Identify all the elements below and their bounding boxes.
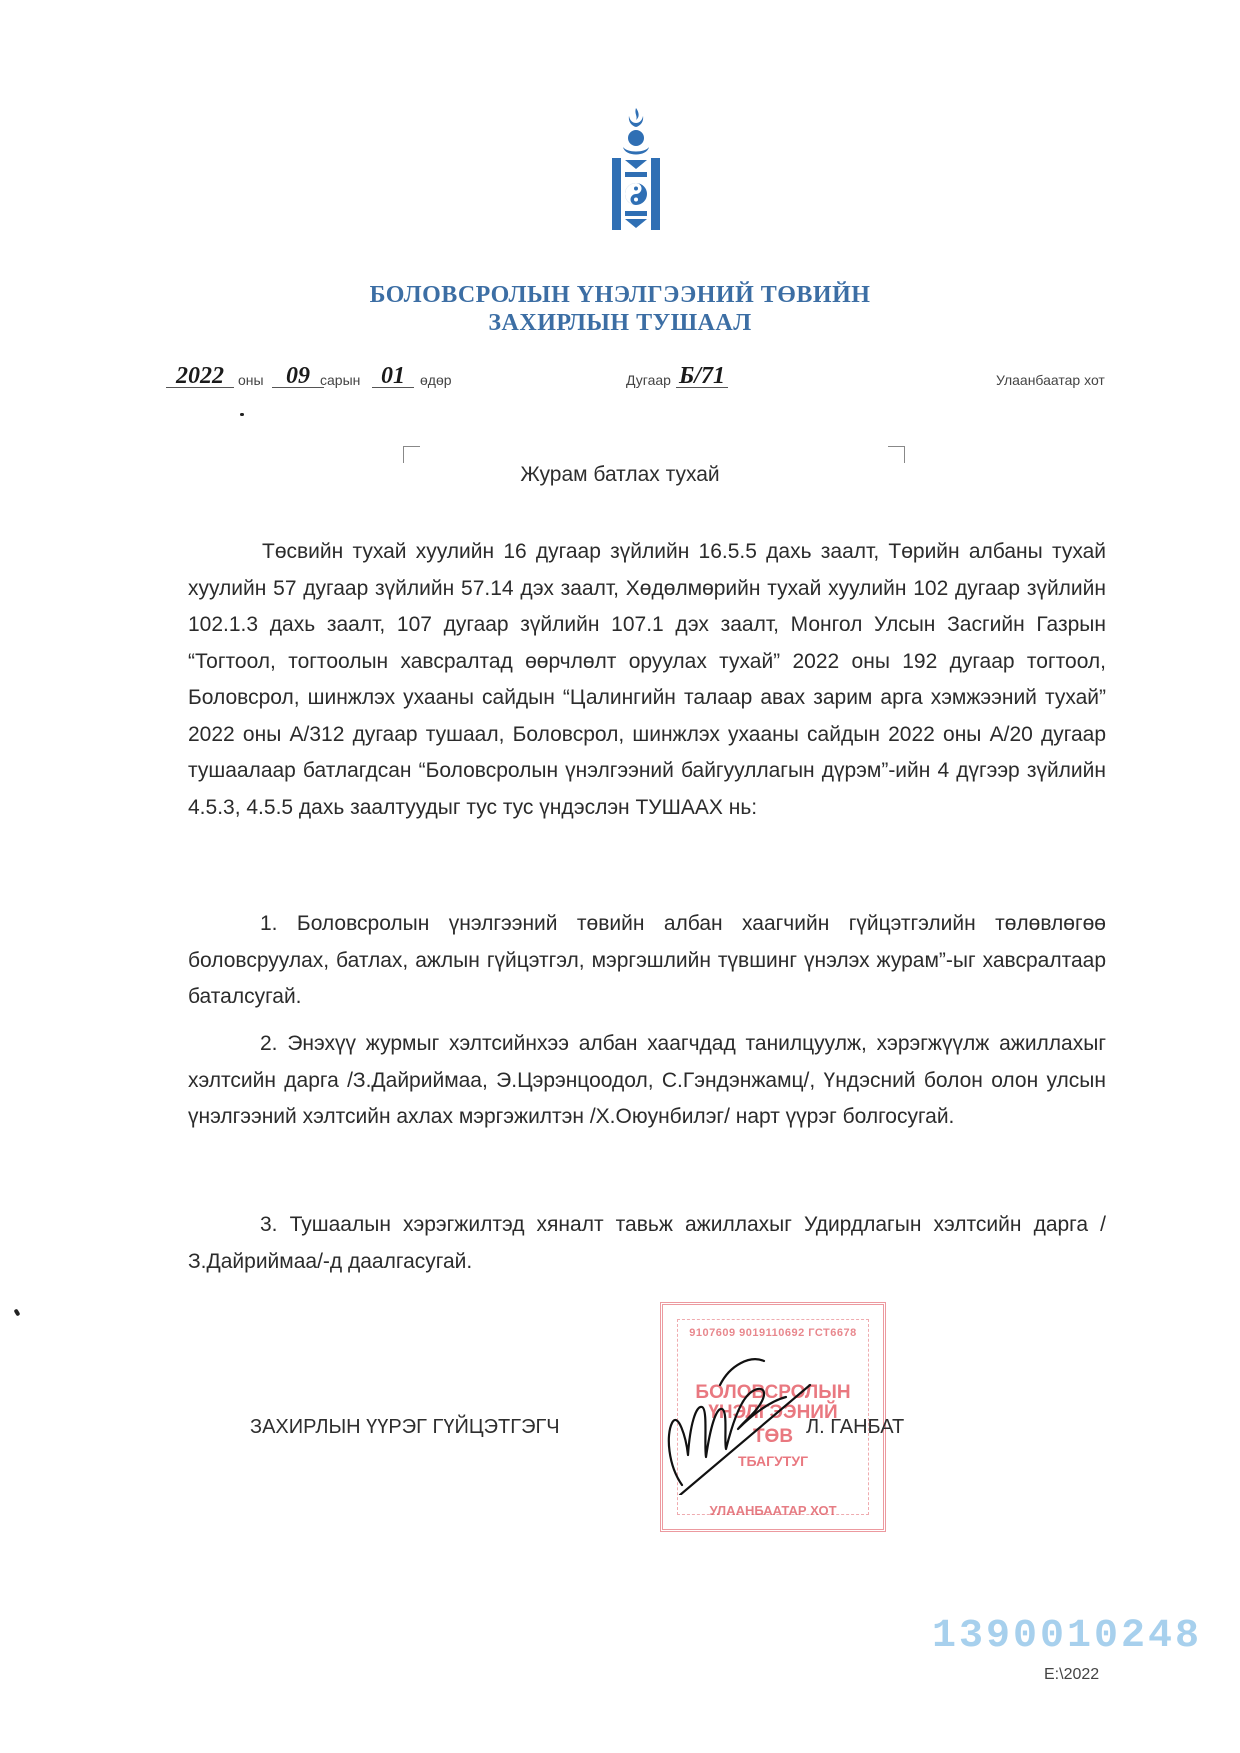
signatory-role: ЗАХИРЛЫН ҮҮРЭГ ГҮЙЦЭТГЭГЧ xyxy=(250,1416,560,1439)
order-preamble: Төсвийн тухай хуулийн 16 дугаар зүйлийн … xyxy=(188,534,1106,826)
subject-bracket-left xyxy=(403,446,420,463)
order-number: Б/71 xyxy=(676,365,728,388)
order-item-text: 3. Тушаалын хэрэгжилтэд хяналт тавьж ажи… xyxy=(188,1207,1106,1280)
signatory-name: Л. ГАНБАТ xyxy=(806,1416,904,1439)
seal-city: УЛААНБААТАР ХОТ xyxy=(663,1503,883,1518)
registration-stamp: 1390010248 xyxy=(932,1614,1202,1659)
order-item-2: 2. Энэхүү журмыг хэлтсийнхээ албан хаагч… xyxy=(188,1026,1106,1136)
date-month-label: сарын xyxy=(320,372,360,388)
scan-speck xyxy=(14,1308,21,1316)
order-subject: Журам батлах тухай xyxy=(0,463,1240,487)
order-item-1: 1. Боловсролын үнэлгээний төвийн албан х… xyxy=(188,906,1106,1016)
order-number-label: Дугаар xyxy=(626,372,671,388)
handwritten-signature-icon xyxy=(660,1345,820,1495)
org-title-line2: ЗАХИРЛЫН ТУШААЛ xyxy=(0,310,1240,337)
date-day-label: өдөр xyxy=(420,372,452,388)
subject-bracket-right xyxy=(888,446,905,463)
date-year-label: оны xyxy=(238,372,264,388)
soyombo-emblem-icon xyxy=(612,108,660,256)
preamble-paragraph: Төсвийн тухай хуулийн 16 дугаар зүйлийн … xyxy=(188,534,1106,826)
date-year: 2022 xyxy=(166,365,234,388)
date-month: 09 xyxy=(272,365,324,388)
scan-speck xyxy=(240,413,244,416)
order-meta-row: 2022 оны 09 сарын 01 өдөр Дугаар Б/71 Ул… xyxy=(0,362,1240,396)
org-title-line1: БОЛОВСРОЛЫН ҮНЭЛГЭЭНИЙ ТӨВИЙН xyxy=(0,282,1240,309)
date-day: 01 xyxy=(372,365,414,388)
order-item-3: 3. Тушаалын хэрэгжилтэд хяналт тавьж ажи… xyxy=(188,1207,1106,1280)
footer-code: E:\2022 xyxy=(1044,1666,1099,1684)
city-label: Улаанбаатар хот xyxy=(996,372,1105,388)
order-item-text: 2. Энэхүү журмыг хэлтсийнхээ албан хаагч… xyxy=(188,1026,1106,1136)
order-item-text: 1. Боловсролын үнэлгээний төвийн албан х… xyxy=(188,906,1106,1016)
seal-codes: 9107609 9019110692 ГСТ6678 xyxy=(663,1327,883,1339)
